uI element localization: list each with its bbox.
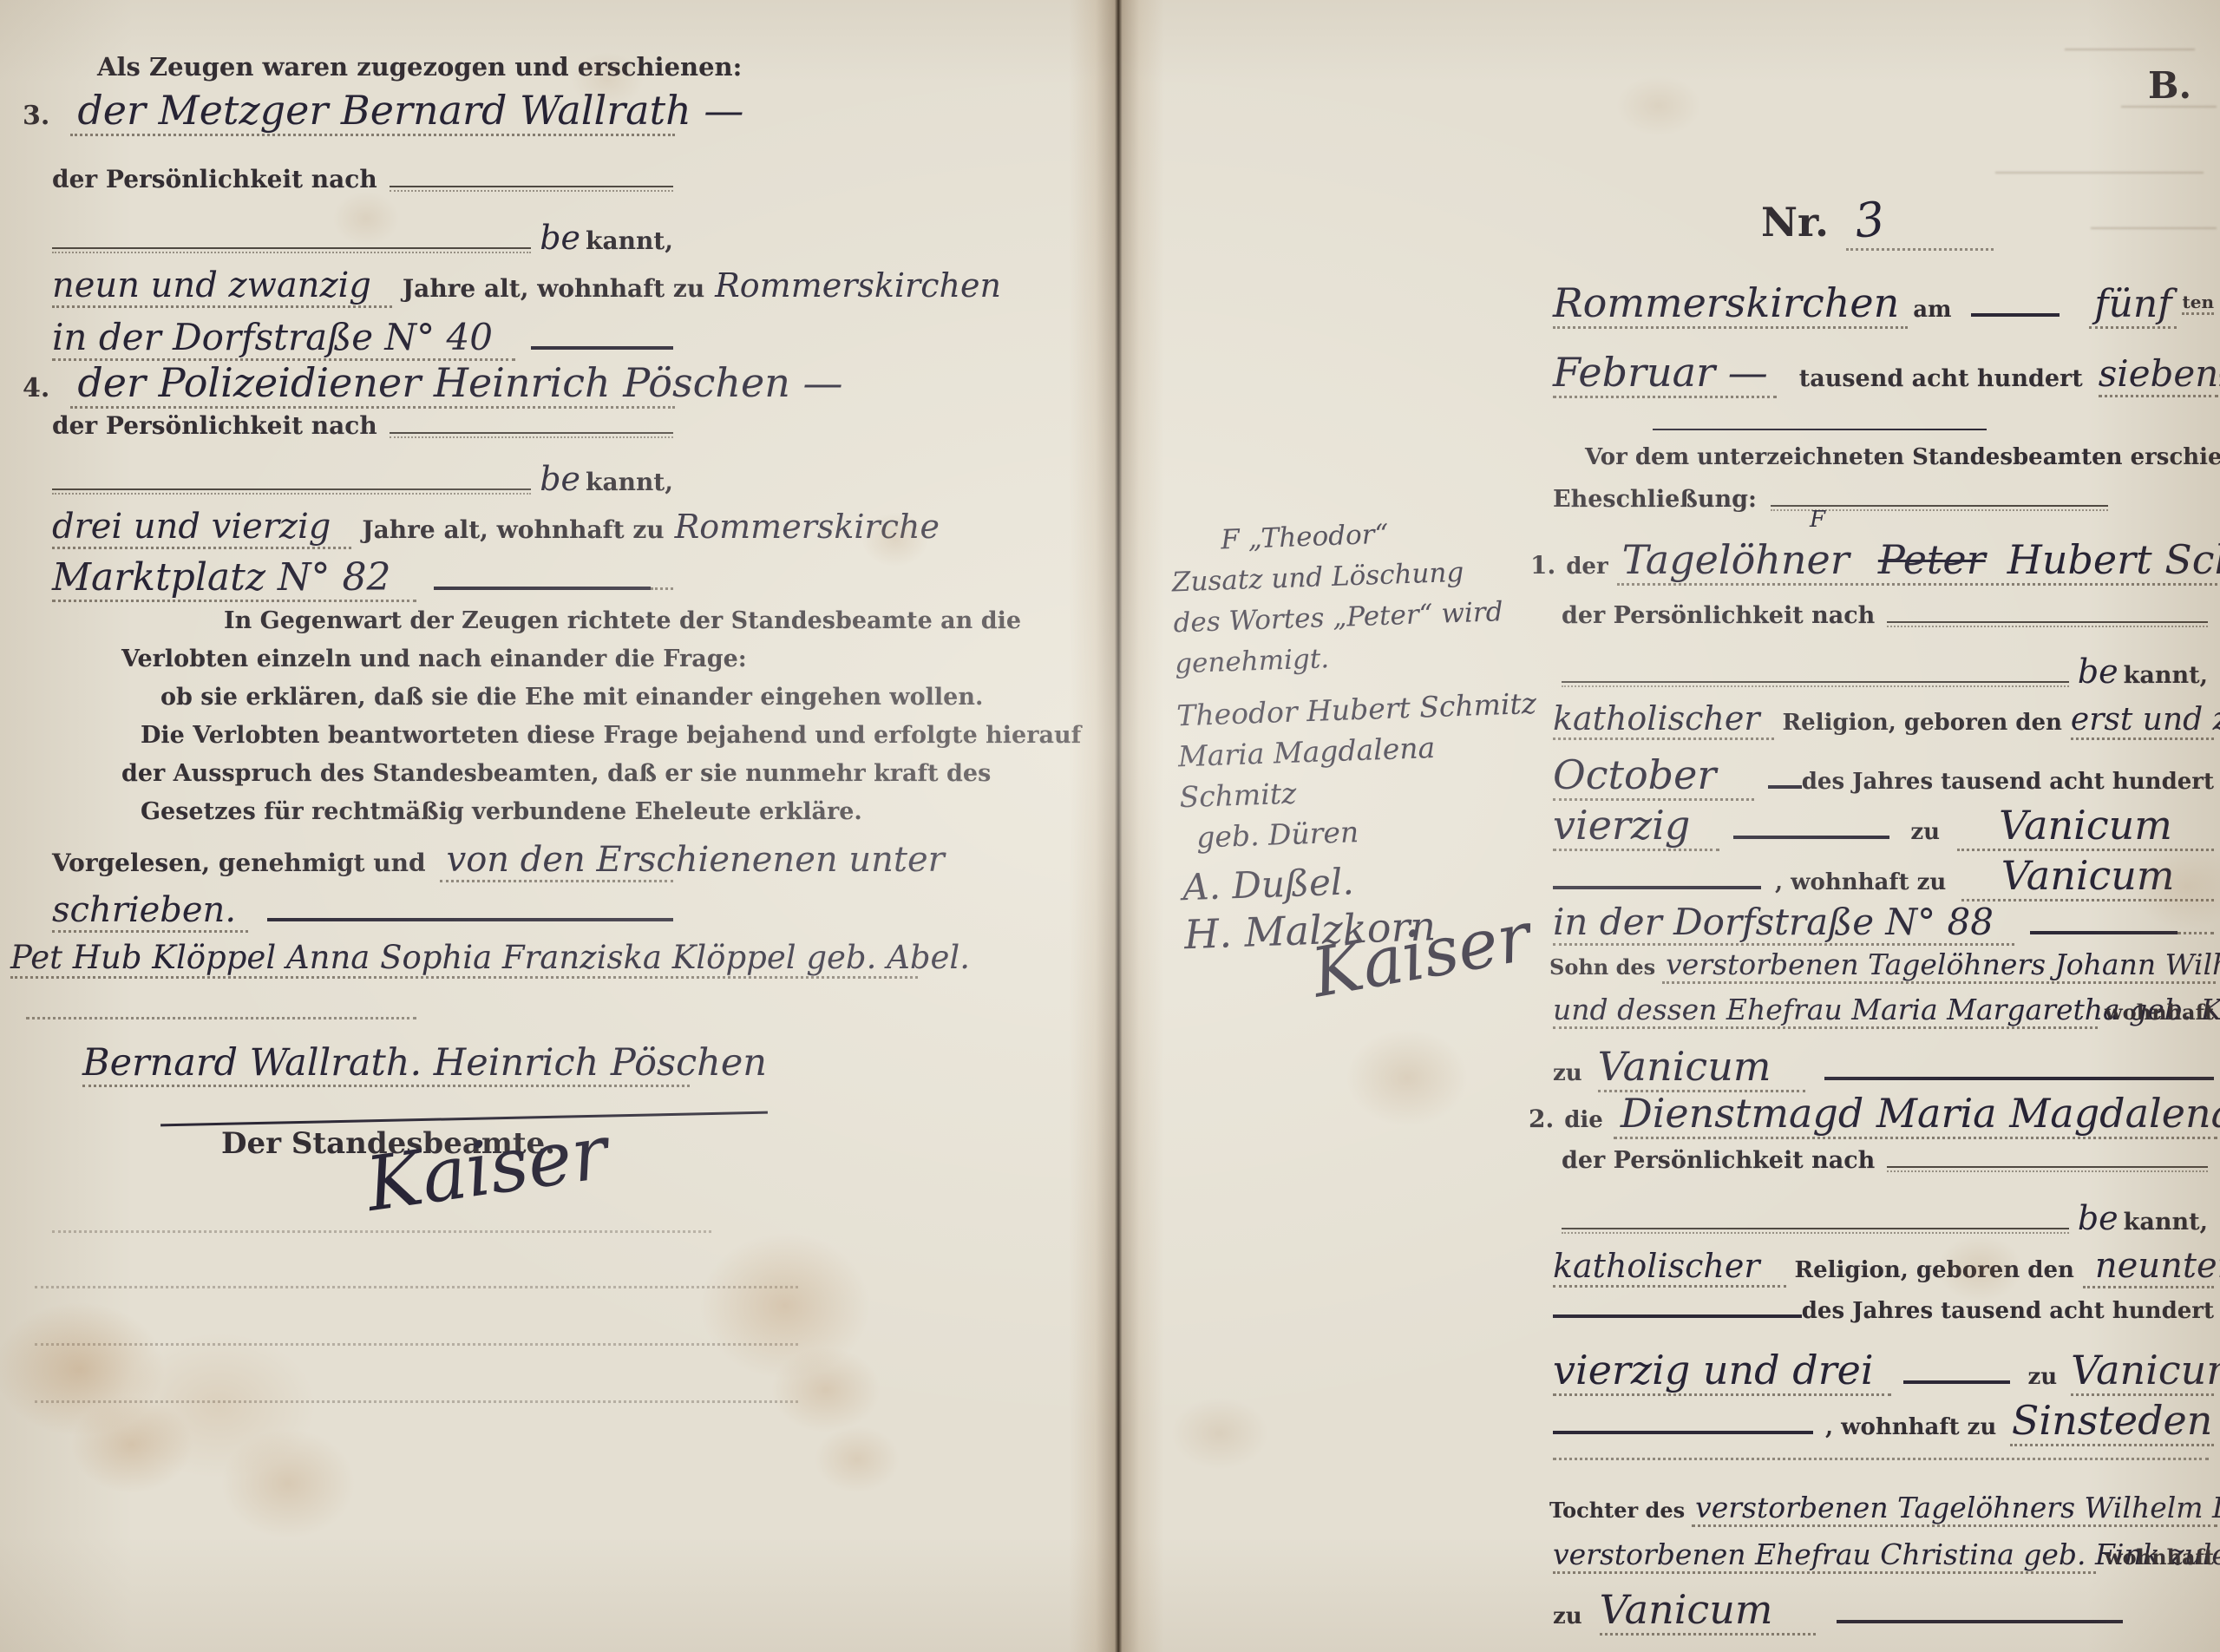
- religion-label: Religion, geboren den: [1783, 710, 2062, 736]
- witness-3-number: 3.: [23, 101, 49, 131]
- ruled-line: [35, 1400, 798, 1403]
- bleedthrough-line: [2065, 49, 2195, 50]
- ceremony-paragraph-line: Verlobten einzeln und nach einander die …: [121, 646, 747, 672]
- ink-stroke: [1903, 1375, 2011, 1384]
- bride-religion-line: katholischer Religion, geboren den neunt…: [1553, 1246, 2214, 1288]
- groom-name: Hubert Schmitz: [2007, 536, 2220, 583]
- ink-stroke: [1553, 1309, 1802, 1318]
- bride-birth-day: neunten November: [2083, 1246, 2214, 1288]
- known-label: kannt,: [2124, 662, 2208, 689]
- groom-religion: katholischer: [1553, 699, 1774, 740]
- groom-mother-line: und dessen Ehefrau Maria Margaretha geb.…: [1553, 993, 2214, 1029]
- marriage-purpose-line: Eheschließung:: [1553, 486, 2212, 513]
- ink-stroke: [267, 913, 673, 921]
- couple-signatures: Pet Hub Klöppel Anna Sophia Franziska Kl…: [10, 939, 918, 979]
- ink-stroke: [1824, 1072, 2214, 1080]
- bride-father-line: Tochter des verstorbenen Tagelöhners Wil…: [1549, 1491, 2217, 1527]
- witness-4-identity-line: der Persönlichkeit nach: [52, 411, 673, 440]
- ruled-line: [35, 1343, 798, 1346]
- witness-3-age: neun und zwanzig: [52, 265, 392, 308]
- witness-4-name: der Polizeidiener Heinrich Pöschen —: [70, 359, 675, 409]
- on-the-label: am: [1913, 297, 1951, 323]
- groom-article: der: [1566, 554, 1608, 580]
- groom-religion-line: katholischer Religion, geboren den erst …: [1553, 699, 2214, 740]
- bleedthrough-line: [1995, 172, 2204, 174]
- identity-label: der Persönlichkeit nach: [1562, 1147, 1875, 1174]
- record-month: Februar —: [1553, 349, 1777, 398]
- groom-address-line: in der Dorfstraße N° 88: [1553, 901, 2214, 946]
- ruled-line: [1887, 618, 2208, 623]
- ink-stroke: [160, 1111, 768, 1127]
- known-handwritten-prefix: be: [540, 460, 580, 498]
- groom-occupation: Tagelöhner: [1622, 536, 1850, 583]
- bride-number: 2.: [1529, 1105, 1554, 1133]
- birth-year-label: des Jahres tausend acht hundert: [1802, 769, 2214, 795]
- marriage-label: Eheschließung:: [1553, 486, 1757, 513]
- read-approved-handwriting: von den Erschienenen unter: [440, 840, 673, 882]
- groom-birth-month: October: [1553, 751, 1754, 801]
- ink-stroke: [1733, 830, 1889, 839]
- year-label: tausend acht hundert: [1799, 365, 2083, 392]
- groom-parents-residence: Vanicum: [1598, 1043, 1806, 1092]
- groom-name-ruled: Tagelöhner Peter Hubert Schmitz: [1617, 536, 2217, 586]
- groom-father: verstorbenen Tagelöhners Johann Wilhelm …: [1662, 947, 2216, 984]
- age-label: Jahre alt, wohnhaft zu: [362, 515, 664, 544]
- groom-mother: und dessen Ehefrau Maria Margaretha geb.…: [1553, 993, 2098, 1029]
- bleedthrough-line: [2091, 227, 2217, 229]
- appearance-intro-line: Vor dem unterzeichneten Standesbeamten e…: [1585, 444, 2220, 470]
- ruled-line: [52, 1230, 711, 1233]
- ink-stroke: [1768, 780, 1801, 789]
- bride-residence-line: , wohnhaft zu Sinsteden: [1553, 1397, 2214, 1446]
- signed-line: schrieben.: [52, 890, 673, 933]
- insertion-mark-letter: F: [1810, 507, 1825, 533]
- ruled-line: [1846, 248, 1994, 251]
- ruled-line: [1887, 1163, 2208, 1168]
- registry-book-spread: Als Zeugen waren zugezogen und erschiene…: [0, 0, 2220, 1652]
- bride-parents-residence: Vanicum: [1600, 1586, 1817, 1636]
- month-year-line: Februar — tausend acht hundert sieben zi…: [1553, 349, 2214, 398]
- witness-4-line: 4. der Polizeidiener Heinrich Pöschen —: [23, 359, 675, 409]
- ruled-line: [1553, 1458, 2209, 1460]
- known-label: kannt,: [2124, 1209, 2208, 1236]
- bride-mother-line: verstorbenen Ehefrau Christina geb. Fink…: [1553, 1537, 2214, 1574]
- identity-label: der Persönlichkeit nach: [52, 411, 377, 440]
- ink-stroke: [1553, 1426, 1813, 1434]
- at-label: zu: [2027, 1364, 2057, 1390]
- bride-residence: Sinsteden: [2010, 1397, 2214, 1446]
- ink-stroke: [531, 341, 673, 350]
- ordinal-suffix: ten: [2182, 292, 2214, 315]
- groom-birthyear-line: vierzig zu Vanicum: [1553, 802, 2214, 851]
- bride-name: Dienstmagd Maria Magdalena Düren: [1614, 1090, 2217, 1139]
- at-label: zu: [1910, 819, 1940, 845]
- margin-correction-note: F „Theodor“ Zusatz und Löschung des Wort…: [1170, 509, 1551, 1000]
- groom-birth-year: vierzig: [1553, 802, 1719, 851]
- ruled-line: [1562, 1224, 2069, 1229]
- groom-identity-line: der Persönlichkeit nach: [1562, 602, 2208, 629]
- signed-handwriting: schrieben.: [52, 890, 248, 933]
- age-label: Jahre alt, wohnhaft zu: [403, 274, 704, 303]
- witness-3-identity-line: der Persönlichkeit nach: [52, 165, 673, 193]
- groom-birthplace: Vanicum: [1957, 802, 2214, 851]
- groom-parents-residence-line: zu Vanicum: [1553, 1043, 2214, 1092]
- known-label: kannt,: [586, 226, 673, 255]
- witness-3-age-line: neun und zwanzig Jahre alt, wohnhaft zu …: [52, 265, 673, 308]
- identity-label: der Persönlichkeit nach: [52, 165, 377, 193]
- record-number-label: Nr.: [1761, 199, 1829, 246]
- at-label: zu: [1553, 1603, 1582, 1629]
- son-of-label: Sohn des: [1549, 954, 1655, 980]
- known-handwritten-prefix: be: [540, 219, 580, 257]
- ceremony-paragraph-line: In Gegenwart der Zeugen richtete der Sta…: [224, 607, 1021, 634]
- bride-father: verstorbenen Tagelöhners Wilhelm Düren u…: [1692, 1491, 2217, 1527]
- resident-label: wohnhaft: [2105, 1544, 2214, 1570]
- known-handwritten-prefix: be: [2078, 652, 2118, 691]
- place-date-line: Rommerskirchen am fünf ten: [1553, 279, 2214, 329]
- daughter-of-label: Tochter des: [1549, 1498, 1685, 1523]
- read-approved-label: Vorgelesen, genehmigt und: [52, 849, 426, 877]
- bride-birth-year: vierzig und drei: [1553, 1347, 1891, 1396]
- ink-stroke: [434, 581, 651, 590]
- ceremony-paragraph-line: ob sie erklären, daß sie die Ehe mit ein…: [160, 684, 983, 711]
- witness-3-address-line: in der Dorfstraße N° 40: [52, 316, 673, 361]
- witness-4-number: 4.: [23, 373, 49, 403]
- ruled-line: [390, 182, 673, 187]
- witness-signatures-line: Bernard Wallrath. Heinrich Pöschen: [82, 1041, 690, 1087]
- bride-religion: katholischer: [1553, 1247, 1786, 1288]
- witness-4-address-line: Marktplatz N° 82: [52, 555, 673, 602]
- witness-3-address: in der Dorfstraße N° 40: [52, 316, 515, 361]
- resident-label: wohnhaft: [2105, 1000, 2214, 1025]
- ruled-line: [2177, 932, 2214, 934]
- resident-at-label: , wohnhaft zu: [1775, 869, 1946, 895]
- ruled-line: [651, 587, 673, 590]
- witness-3-line: 3. der Metzger Bernard Wallrath —: [23, 87, 675, 136]
- margin-note-signature: Maria Magdalena Schmitz: [1177, 724, 1544, 818]
- bride-birthyear-line: vierzig und drei zu Vanicum: [1553, 1347, 2214, 1396]
- bride-article: die: [1564, 1107, 1603, 1133]
- at-label: zu: [1553, 1060, 1582, 1086]
- ink-stroke: [1653, 429, 1987, 430]
- ruled-line: [52, 244, 531, 249]
- groom-number: 1.: [1530, 551, 1555, 580]
- margin-note-signature: A. Dußel.: [1182, 855, 1547, 908]
- witness-4-known-line: be kannt,: [52, 460, 673, 498]
- record-number-line: Nr. 3: [1761, 193, 1884, 247]
- record-number-value: 3: [1852, 191, 1888, 248]
- known-label: kannt,: [586, 468, 673, 496]
- couple-signatures-line: Pet Hub Klöppel Anna Sophia Franziska Kl…: [10, 939, 918, 979]
- bride-line: 2. die Dienstmagd Maria Magdalena Düren: [1529, 1090, 2217, 1139]
- record-day: fünf: [2089, 282, 2177, 329]
- witness-3-known-line: be kannt,: [52, 219, 673, 257]
- groom-struck-name: Peter: [1878, 536, 1986, 583]
- bride-mother: verstorbenen Ehefrau Christina geb. Fink…: [1553, 1537, 2096, 1574]
- groom-known-line: be kannt,: [1562, 652, 2208, 691]
- record-place: Rommerskirchen: [1553, 279, 1908, 329]
- witness-4-age: drei und vierzig: [52, 507, 351, 549]
- identity-label: der Persönlichkeit nach: [1562, 602, 1875, 629]
- ink-stroke: [2030, 926, 2177, 934]
- groom-birth-day: erst und zwanzigsten: [2071, 702, 2214, 740]
- page-marker: B.: [2148, 64, 2191, 107]
- groom-address: in der Dorfstraße N° 88: [1553, 901, 2014, 946]
- birth-year-label: des Jahres tausend acht hundert: [1802, 1298, 2214, 1324]
- witness-3-name: der Metzger Bernard Wallrath —: [70, 87, 675, 136]
- ceremony-paragraph-line: Gesetzes für rechtmäßig verbundene Ehele…: [141, 798, 862, 825]
- insertion-mark: F: [1810, 507, 1825, 533]
- witness-4-age-line: drei und vierzig Jahre alt, wohnhaft zu …: [52, 507, 673, 549]
- read-approved-line: Vorgelesen, genehmigt und von den Erschi…: [52, 840, 673, 882]
- book-gutter: [1069, 0, 1164, 1652]
- registrar-signature-line: Kaiser: [373, 1142, 615, 1229]
- ink-stroke: [1971, 308, 2060, 317]
- witnesses-heading: Als Zeugen waren zugezogen und erschiene…: [97, 52, 742, 82]
- ruled-line: [390, 429, 673, 434]
- groom-birthmonth-line: October des Jahres tausend acht hundert: [1553, 751, 2214, 801]
- resident-at-label: , wohnhaft zu: [1825, 1414, 1996, 1440]
- year-tens-handwriting: sieben: [2099, 352, 2219, 397]
- bride-identity-line: der Persönlichkeit nach: [1562, 1147, 2208, 1174]
- bride-parents-residence-line: zu Vanicum: [1553, 1586, 2214, 1636]
- ceremony-paragraph-line: Die Verlobten beantworteten diese Frage …: [141, 722, 1081, 749]
- ruled-line: [1562, 678, 2069, 683]
- religion-label: Religion, geboren den: [1795, 1257, 2074, 1283]
- groom-residence: Vanicum: [1961, 852, 2214, 901]
- ink-stroke: [1837, 1615, 2123, 1623]
- groom-father-line: Sohn des verstorbenen Tagelöhners Johann…: [1549, 947, 2216, 984]
- ruled-line: [35, 1286, 798, 1288]
- bride-birthyear-label-line: des Jahres tausend acht hundert: [1553, 1298, 2214, 1324]
- known-handwritten-prefix: be: [2078, 1199, 2118, 1237]
- groom-line: 1. der Tagelöhner Peter Hubert Schmitz: [1530, 536, 2217, 586]
- groom-residence-line: , wohnhaft zu Vanicum: [1553, 852, 2214, 901]
- ceremony-paragraph-line: der Ausspruch des Standesbeamten, daß er…: [121, 760, 991, 787]
- witness-4-address: Marktplatz N° 82: [52, 555, 416, 602]
- witness-signatures: Bernard Wallrath. Heinrich Pöschen: [82, 1041, 690, 1087]
- bride-birthplace: Vanicum: [2071, 1347, 2214, 1396]
- ink-stroke: [1553, 881, 1761, 889]
- ruled-line: [52, 485, 531, 490]
- bleedthrough-line: [2121, 106, 2217, 108]
- bride-known-line: be kannt,: [1562, 1199, 2208, 1237]
- ruled-line: [26, 1017, 416, 1019]
